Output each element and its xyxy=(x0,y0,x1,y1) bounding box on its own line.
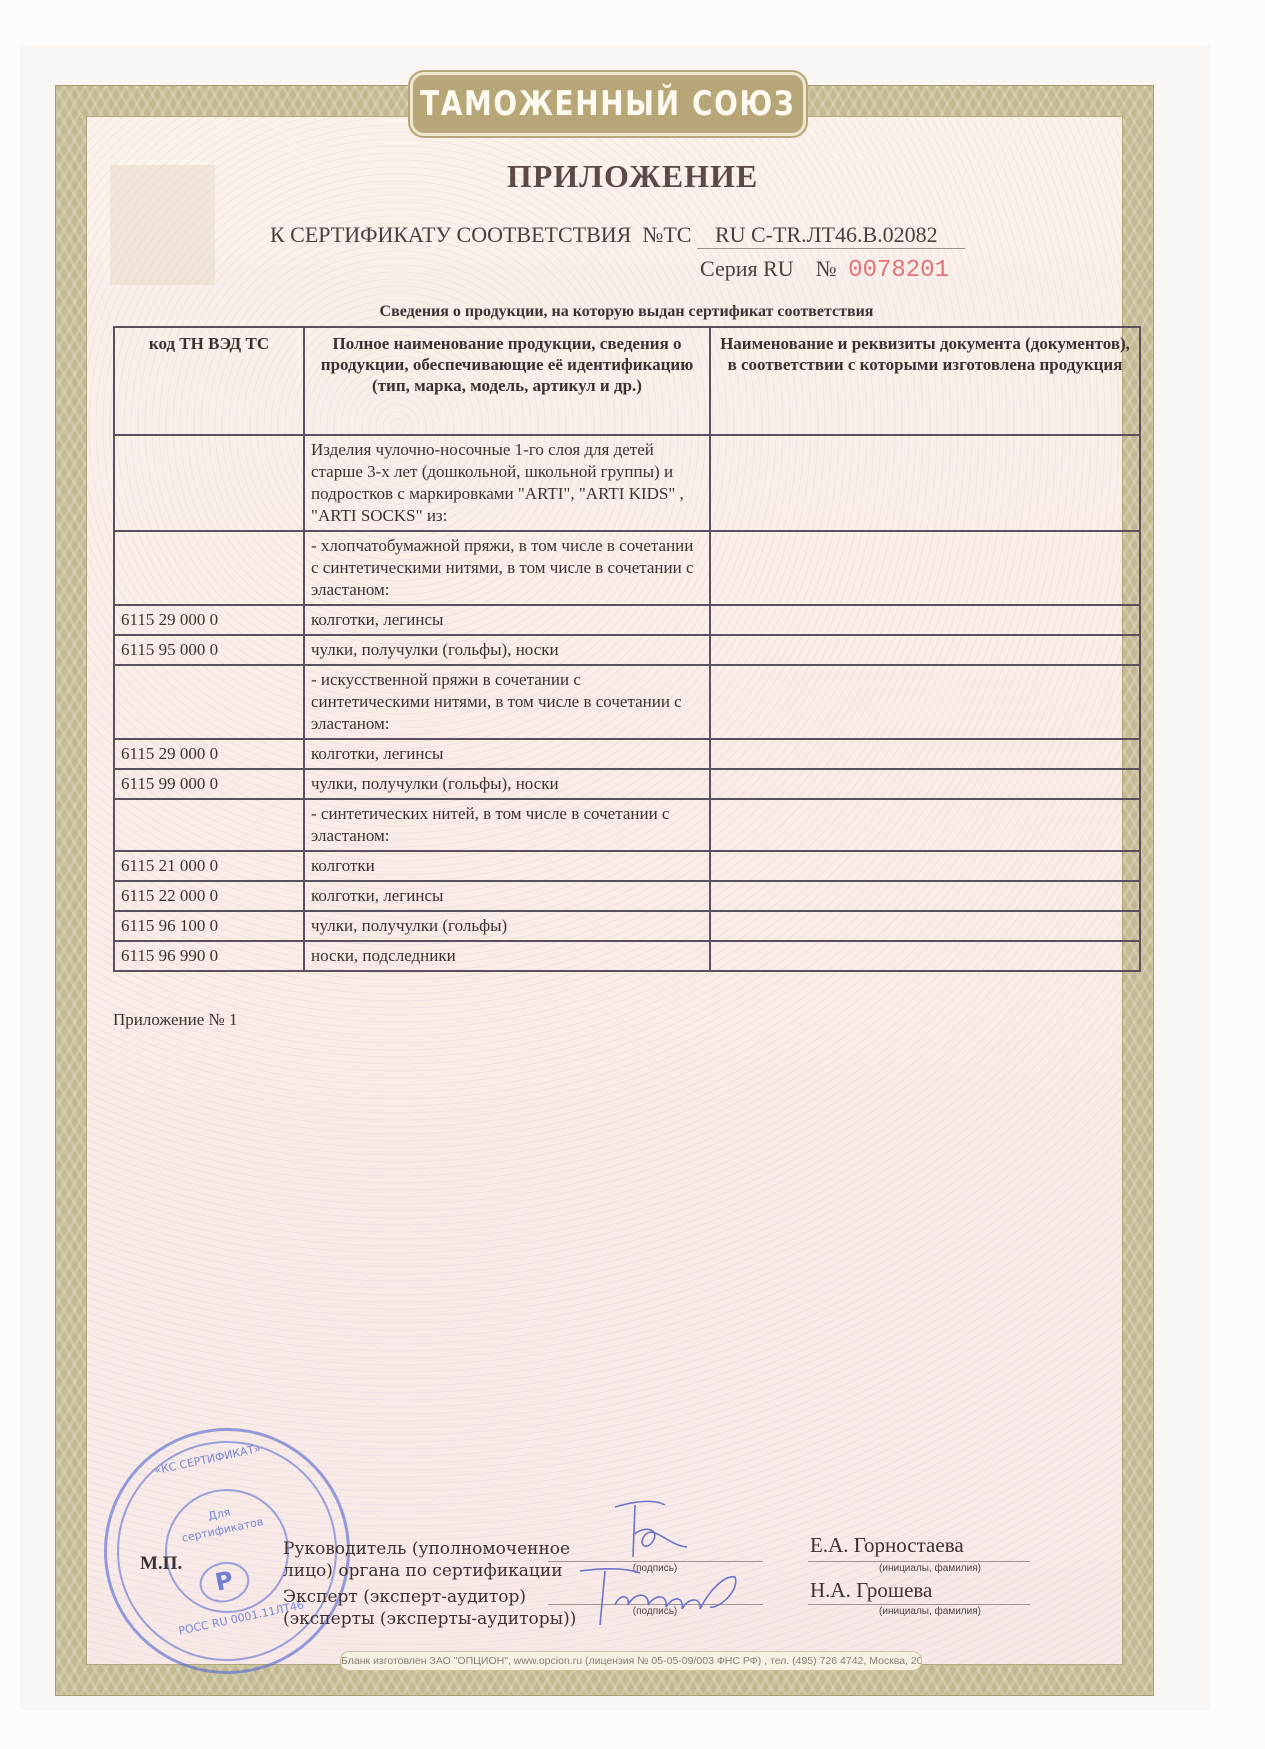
badge-text: ТАМОЖЕННЫЙ СОЮЗ xyxy=(420,84,795,124)
head-name: Е.А. Горностаева xyxy=(810,1533,964,1558)
product-name-cell: чулки, получулки (гольфы), носки xyxy=(304,635,710,665)
annex-number: Приложение № 1 xyxy=(113,1010,237,1030)
product-name-cell: чулки, получулки (гольфы) xyxy=(304,911,710,941)
hs-code-cell: 6115 99 000 0 xyxy=(114,769,304,799)
blank-number-label: № xyxy=(816,256,837,281)
document-cell xyxy=(710,769,1140,799)
document-cell xyxy=(710,881,1140,911)
table-row: - синтетических нитей, в том числе в соч… xyxy=(114,799,1140,851)
series-line: Серия RU № 0078201 xyxy=(700,256,949,284)
hs-code-cell: 6115 96 990 0 xyxy=(114,941,304,971)
number-label: №ТС xyxy=(642,222,691,247)
expert-signature-icon xyxy=(560,1565,770,1635)
subtitle-prefix: К СЕРТИФИКАТУ СООТВЕТСТВИЯ xyxy=(270,222,631,247)
document-cell xyxy=(710,941,1140,971)
product-name-cell: - хлопчатобумажной пряжи, в том числе в … xyxy=(304,531,710,605)
document-cell xyxy=(710,435,1140,531)
document-cell xyxy=(710,739,1140,769)
table-row: Изделия чулочно-носочные 1-го слоя для д… xyxy=(114,435,1140,531)
head-signature-icon xyxy=(605,1495,695,1565)
certificate-reference: К СЕРТИФИКАТУ СООТВЕТСТВИЯ №ТС RU C-TR.Л… xyxy=(270,222,965,249)
table-row: 6115 29 000 0колготки, легинсы xyxy=(114,739,1140,769)
column-header-document: Наименование и реквизиты документа (доку… xyxy=(710,327,1140,435)
hs-code-cell: 6115 29 000 0 xyxy=(114,739,304,769)
product-name-cell: колготки, легинсы xyxy=(304,739,710,769)
table-row: - искусственной пряжи в сочетании с синт… xyxy=(114,665,1140,739)
seal-place: М.П. xyxy=(140,1553,182,1575)
document-cell xyxy=(710,635,1140,665)
document-cell xyxy=(710,851,1140,881)
hs-code-cell xyxy=(114,799,304,851)
document-cell xyxy=(710,605,1140,635)
series-value: RU xyxy=(763,256,794,281)
document-cell xyxy=(710,799,1140,851)
table-row: 6115 96 100 0чулки, получулки (гольфы) xyxy=(114,911,1140,941)
table-row: 6115 22 000 0колготки, легинсы xyxy=(114,881,1140,911)
head-name-caption: (инициалы, фамилия) xyxy=(860,1563,1000,1574)
document-cell xyxy=(710,665,1140,739)
product-name-cell: колготки, легинсы xyxy=(304,881,710,911)
document-cell xyxy=(710,531,1140,605)
document-cell xyxy=(710,911,1140,941)
customs-union-badge: ТАМОЖЕННЫЙ СОЮЗ xyxy=(410,72,806,136)
column-header-product: Полное наименование продукции, сведения … xyxy=(304,327,710,435)
table-row: - хлопчатобумажной пряжи, в том числе в … xyxy=(114,531,1140,605)
expert-label: Эксперт (эксперт-аудитор) (эксперты (экс… xyxy=(283,1586,576,1630)
hs-code-cell xyxy=(114,435,304,531)
series-label: Серия xyxy=(700,256,758,281)
product-name-cell: колготки xyxy=(304,851,710,881)
certificate-number: RU C-TR.ЛТ46.В.02082 xyxy=(697,222,965,249)
product-name-cell: носки, подследники xyxy=(304,941,710,971)
hs-code-cell: 6115 22 000 0 xyxy=(114,881,304,911)
column-header-code: код ТН ВЭД ТС xyxy=(114,327,304,435)
blank-number: 0078201 xyxy=(848,257,949,284)
head-name-line xyxy=(808,1561,1030,1562)
product-table: код ТН ВЭД ТС Полное наименование продук… xyxy=(113,326,1141,972)
hs-code-cell: 6115 29 000 0 xyxy=(114,605,304,635)
hs-code-cell: 6115 95 000 0 xyxy=(114,635,304,665)
hs-code-cell xyxy=(114,665,304,739)
table-row: 6115 95 000 0чулки, получулки (гольфы), … xyxy=(114,635,1140,665)
printer-imprint: Бланк изготовлен ЗАО "ОПЦИОН", www.opcio… xyxy=(340,1651,922,1671)
table-row: 6115 29 000 0колготки, легинсы xyxy=(114,605,1140,635)
page-title: ПРИЛОЖЕНИЕ xyxy=(0,158,1265,195)
expert-name: Н.А. Грошева xyxy=(810,1578,932,1603)
product-name-cell: чулки, получулки (гольфы), носки xyxy=(304,769,710,799)
table-row: 6115 21 000 0колготки xyxy=(114,851,1140,881)
table-header-row: код ТН ВЭД ТС Полное наименование продук… xyxy=(114,327,1140,435)
product-name-cell: колготки, легинсы xyxy=(304,605,710,635)
expert-name-line xyxy=(808,1604,1030,1605)
table-row: 6115 99 000 0чулки, получулки (гольфы), … xyxy=(114,769,1140,799)
hs-code-cell: 6115 96 100 0 xyxy=(114,911,304,941)
product-name-cell: - синтетических нитей, в том числе в соч… xyxy=(304,799,710,851)
expert-name-caption: (инициалы, фамилия) xyxy=(860,1606,1000,1617)
hs-code-cell: 6115 21 000 0 xyxy=(114,851,304,881)
hs-code-cell xyxy=(114,531,304,605)
table-row: 6115 96 990 0носки, подследники xyxy=(114,941,1140,971)
product-name-cell: Изделия чулочно-носочные 1-го слоя для д… xyxy=(304,435,710,531)
head-label: Руководитель (уполномоченное лицо) орган… xyxy=(283,1538,570,1582)
table-caption: Сведения о продукции, на которую выдан с… xyxy=(113,303,1140,321)
product-name-cell: - искусственной пряжи в сочетании с синт… xyxy=(304,665,710,739)
